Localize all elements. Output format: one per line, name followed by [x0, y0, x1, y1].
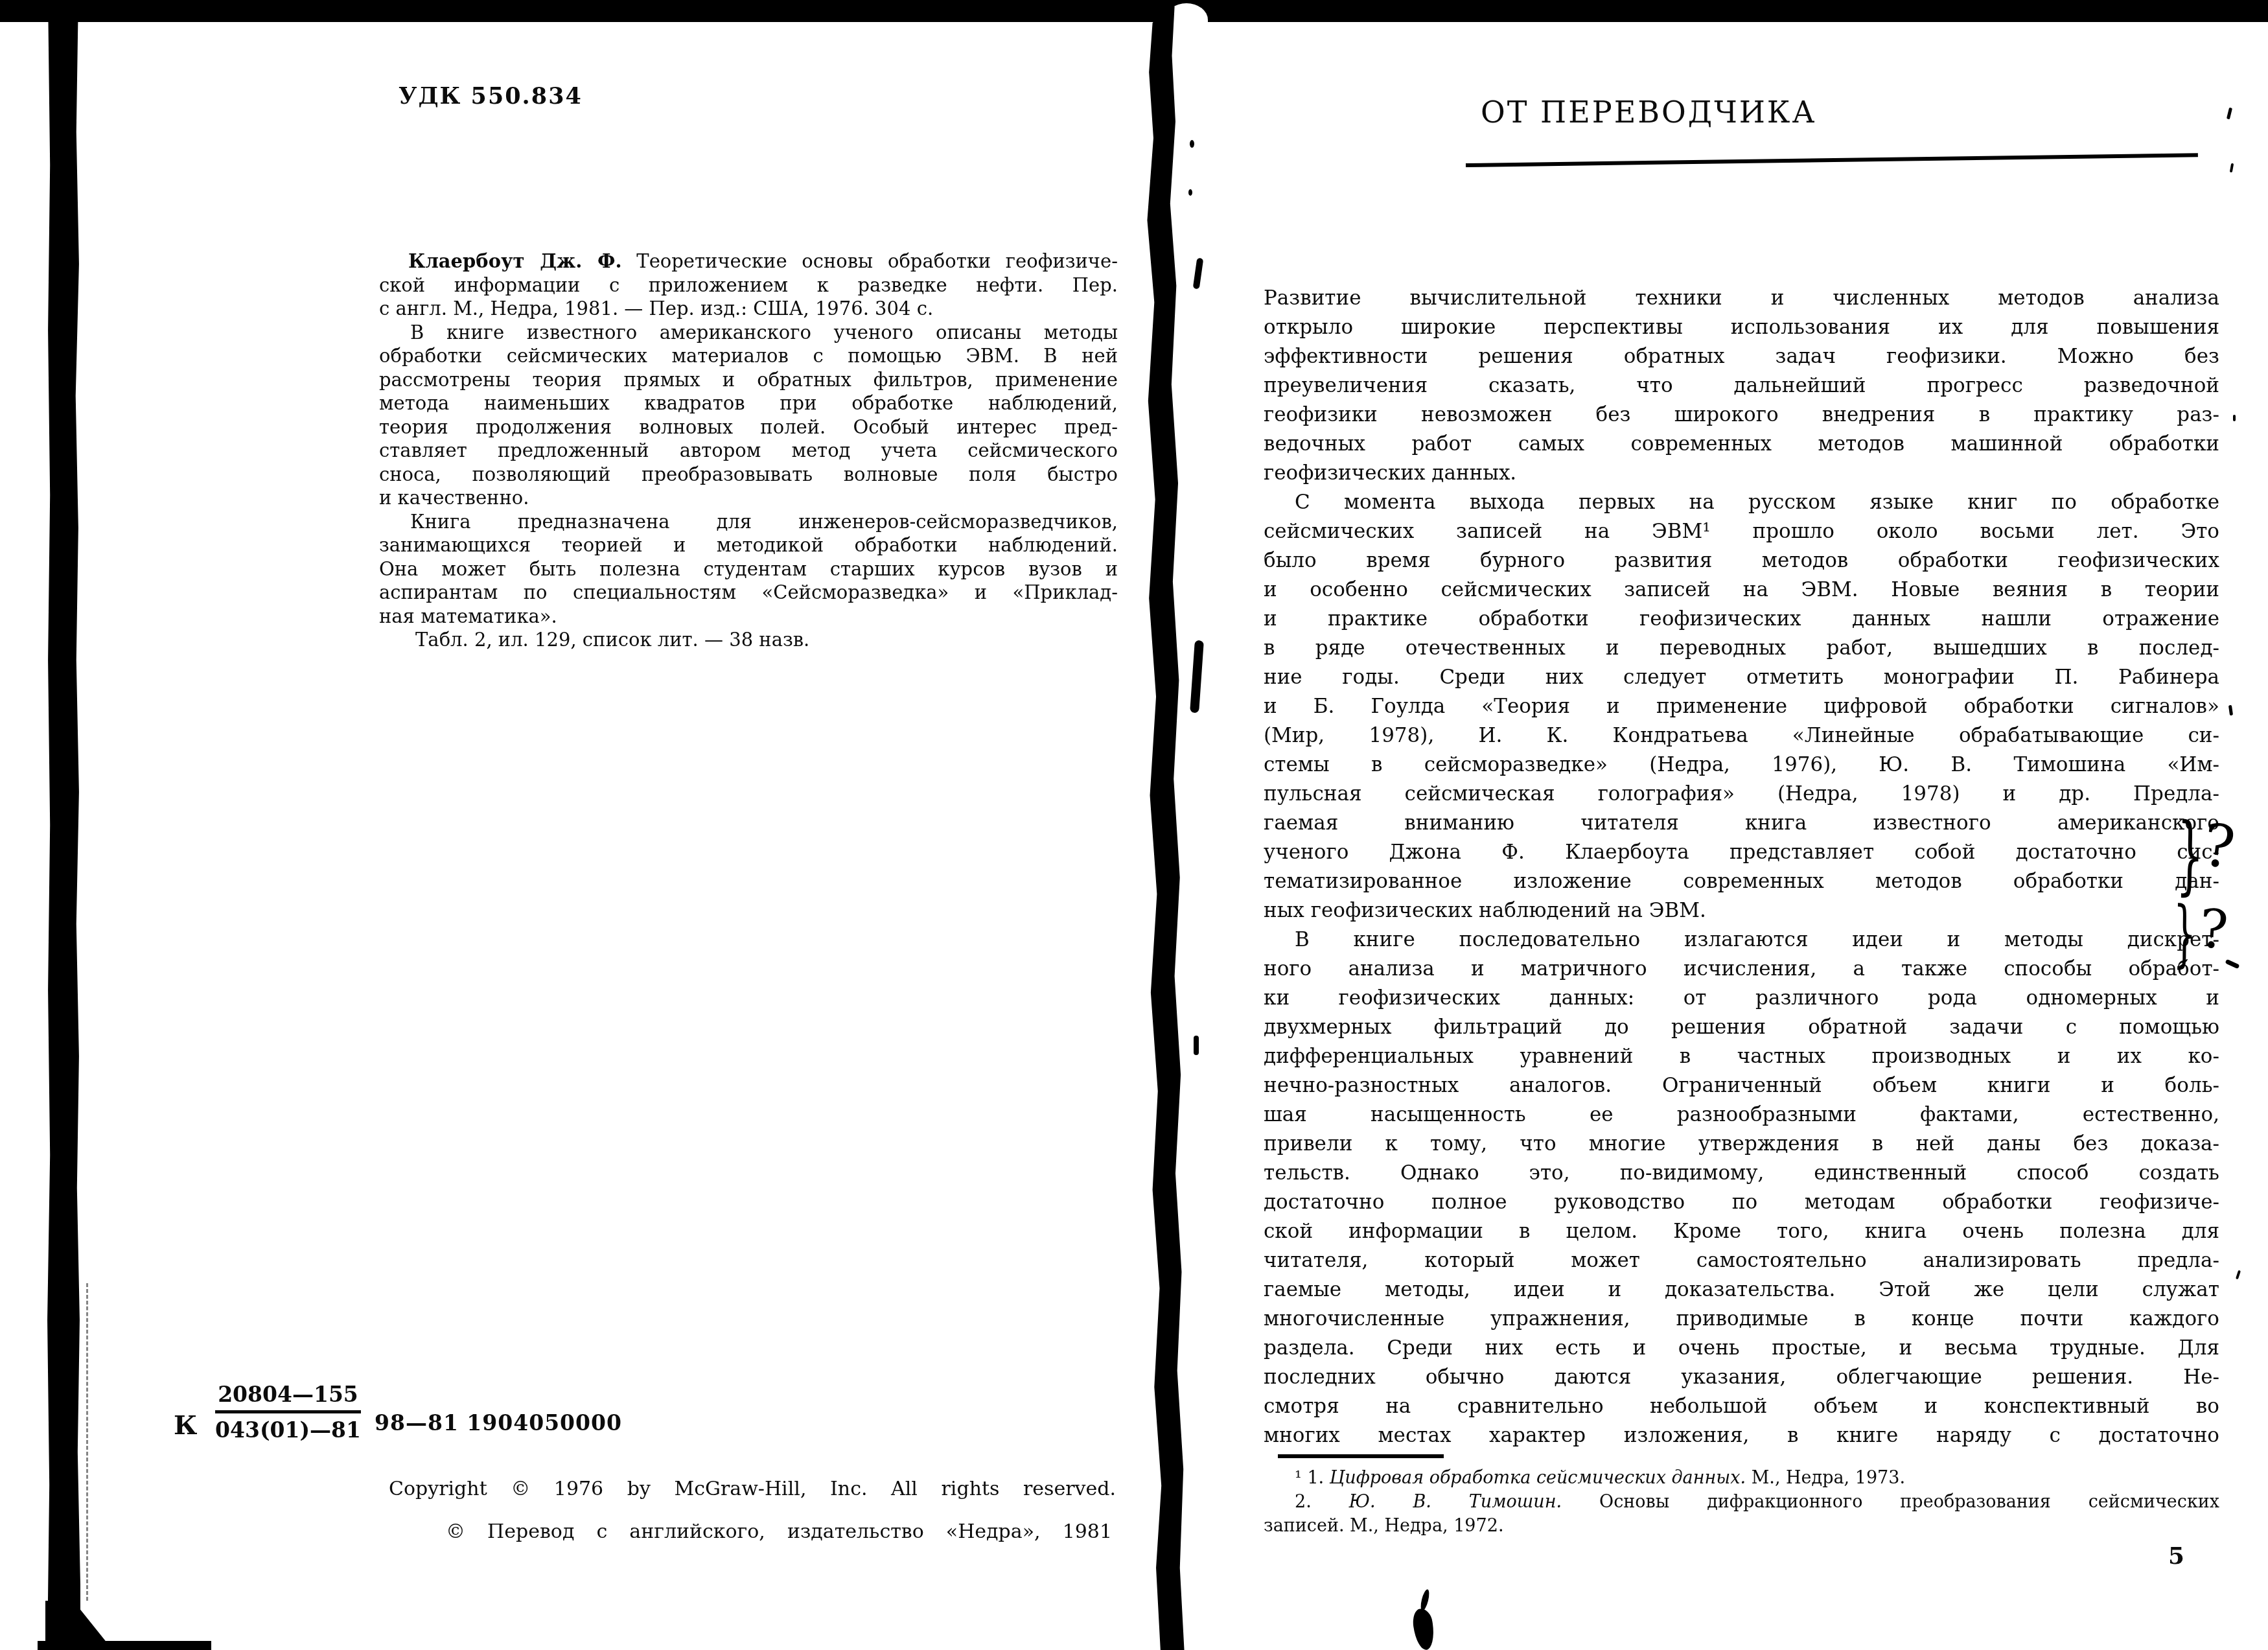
annotation-block: Клаербоут Дж. Ф. Теоретические основы об… [379, 250, 1118, 652]
text-line: двухмерных фильтраций до решения обратно… [1264, 1013, 2219, 1042]
tables-note: Табл. 2, ил. 129, список лит. — 38 назв. [379, 628, 1118, 652]
edge-tick [2228, 705, 2233, 716]
text-line: смотря на сравнительно небольшой объем и… [1264, 1392, 2219, 1421]
footnote-1: ¹ 1. Цифровая обработка сейсмических дан… [1264, 1466, 2219, 1490]
text-line: сноса, позволяющий преобразовывать волно… [379, 463, 1118, 487]
scan-bottom-edge-shadow [38, 1641, 211, 1650]
scan-fold-line [86, 1283, 88, 1601]
text-line: ная математика». [379, 605, 1118, 629]
text-line: было время бурного развития методов обра… [1264, 546, 2219, 575]
scan-left-edge-shadow [47, 0, 80, 1650]
text-line: с англ. М., Недра, 1981. — Пер. изд.: СШ… [379, 297, 1118, 321]
gutter-speck [1188, 189, 1192, 196]
text-line: 2. Ю. В. Тимошин. Основы дифракционного … [1264, 1490, 2219, 1514]
text-line: В книге известного американского ученого… [379, 321, 1118, 345]
text-line: Книга предназначена для инженеров-сейсмо… [379, 510, 1118, 534]
text-line: эффективности решения обратных задач гео… [1264, 342, 2219, 371]
udc-number: УДК 550.834 [399, 83, 583, 110]
text-line: аспирантам по специальностям «Сейсморазв… [379, 581, 1118, 605]
body-paragraph-2: С момента выхода первых на русском языке… [1264, 488, 2219, 925]
text-line: Клаербоут Дж. Ф. Теоретические основы об… [379, 250, 1118, 273]
text-line: обработки сейсмических материалов с помо… [379, 344, 1118, 368]
text-line: раздела. Среди них есть и очень простые,… [1264, 1334, 2219, 1363]
title-rule [1466, 153, 2198, 167]
text-line: ученого Джона Ф. Клаербоута представляет… [1264, 838, 2219, 867]
text-line: в ряде отечественных и переводных работ,… [1264, 634, 2219, 663]
text-line: В книге последовательно излагаются идеи … [1264, 925, 2219, 955]
gutter-speck [1190, 640, 1204, 714]
text-line: читателя, который может самостоятельно а… [1264, 1246, 2219, 1275]
catalog-denominator: 043(01)—81 [215, 1419, 361, 1442]
text-line: достаточно полное руководство по методам… [1264, 1188, 2219, 1217]
ink-blob-tail [1419, 1588, 1431, 1611]
edge-tick [2233, 415, 2236, 421]
edge-tick [2236, 1270, 2241, 1280]
edge-tick [2230, 163, 2234, 172]
text-line: ведочных работ самых современных методов… [1264, 430, 2219, 459]
text-line: тельств. Однако это, по-видимому, единст… [1264, 1159, 2219, 1188]
gutter-speck [1190, 140, 1194, 148]
catalog-suffix: 98—81 1904050000 [375, 1410, 622, 1435]
ink-blob [1411, 1607, 1437, 1650]
text-line: гаемые методы, идеи и доказательства. Эт… [1264, 1275, 2219, 1305]
book-gutter-shadow [1144, 6, 1188, 1650]
margin-question-mark: ? [2200, 816, 2238, 877]
text-line: сейсмических записей на ЭВМ¹ прошло окол… [1264, 517, 2219, 546]
abstract-paragraph-1: В книге известного американского ученого… [379, 321, 1118, 510]
footnote-2: 2. Ю. В. Тимошин. Основы дифракционного … [1264, 1490, 2219, 1538]
text-line: Развитие вычислительной техники и числен… [1264, 284, 2219, 313]
text-line: дифференциальных уравнений в частных про… [1264, 1042, 2219, 1071]
catalog-number: 20804—155 043(01)—81 [215, 1383, 361, 1443]
text-line: преувеличения сказать, что дальнейший пр… [1264, 371, 2219, 401]
text-line: последних обычно даются указания, облегч… [1264, 1363, 2219, 1392]
margin-pen-stroke [2225, 959, 2240, 970]
text-line: стемы в сейсморазведке» (Недра, 1976), Ю… [1264, 750, 2219, 780]
catalog-numerator: 20804—155 [215, 1383, 361, 1406]
text-line: пульсная сейсмическая голография» (Недра… [1264, 780, 2219, 809]
bibliography-entry: Клаербоут Дж. Ф. Теоретические основы об… [379, 250, 1118, 321]
gutter-speck [1193, 258, 1204, 290]
margin-brace-mark: } [2173, 897, 2197, 970]
footnote-rule [1278, 1454, 1444, 1458]
copyright-line-ru: © Перевод с английского, издательство «Н… [446, 1520, 1112, 1543]
margin-question-mark: ? [2197, 903, 2230, 958]
text-line: и Б. Гоулда «Теория и применение цифрово… [1264, 692, 2219, 721]
text-line: гаемая вниманию читателя книга известног… [1264, 809, 2219, 838]
text-line: тематизированное изложение современных м… [1264, 867, 2219, 896]
text-line: ставляет предложенный автором метод учет… [379, 439, 1118, 463]
text-line: записей. М., Недра, 1972. [1264, 1514, 2219, 1538]
page-number: 5 [2168, 1542, 2184, 1570]
text-line: шая насыщенность ее разнообразными факта… [1264, 1100, 2219, 1130]
text-line: ние годы. Среди них следует отметить мон… [1264, 663, 2219, 692]
text-line: геофизических данных. [1264, 459, 2219, 488]
text-line: ных геофизических наблюдений на ЭВМ. [1264, 896, 2219, 925]
text-line: занимающихся теорией и методикой обработ… [379, 533, 1118, 557]
abstract-paragraph-2: Книга предназначена для инженеров-сейсмо… [379, 510, 1118, 629]
text-line: Она может быть полезна студентам старших… [379, 557, 1118, 581]
text-line: привели к тому, что многие утверждения в… [1264, 1130, 2219, 1159]
text-line: многочисленные упражнения, приводимые в … [1264, 1305, 2219, 1334]
body-text: Развитие вычислительной техники и числен… [1264, 284, 2219, 1450]
fraction-bar [215, 1410, 361, 1413]
text-line: С момента выхода первых на русском языке… [1264, 488, 2219, 517]
margin-brace-mark: } [2176, 811, 2204, 899]
text-line: и качественно. [379, 486, 1118, 510]
scan-top-edge-shadow [0, 0, 2268, 22]
body-paragraph-3: В книге последовательно излагаются идеи … [1264, 925, 2219, 1450]
text-line: геофизики невозможен без широкого внедре… [1264, 401, 2219, 430]
text-line: ного анализа и матричного исчисления, а … [1264, 955, 2219, 984]
text-line: ской информации в целом. Кроме того, кни… [1264, 1217, 2219, 1246]
text-line: теория продолжения волновых полей. Особы… [379, 415, 1118, 439]
text-line: ¹ 1. Цифровая обработка сейсмических дан… [1264, 1466, 2219, 1490]
edge-tick [2227, 108, 2232, 120]
text-line: и особенно сейсмических записей на ЭВМ. … [1264, 575, 2219, 605]
body-paragraph-1: Развитие вычислительной техники и числен… [1264, 284, 2219, 488]
text-line: открыло широкие перспективы использовани… [1264, 313, 2219, 342]
text-line: рассмотрены теория прямых и обратных фил… [379, 368, 1118, 392]
gutter-speck [1194, 1036, 1199, 1055]
text-line: нечно-разностных аналогов. Ограниченный … [1264, 1071, 2219, 1100]
text-line: Табл. 2, ил. 129, список лит. — 38 назв. [379, 628, 1118, 652]
catalog-letter: К [174, 1410, 197, 1441]
text-line: многих местах характер изложения, в книг… [1264, 1421, 2219, 1450]
text-line: и практике обработки геофизических данны… [1264, 605, 2219, 634]
text-line: (Мир, 1978), И. К. Кондратьева «Линейные… [1264, 721, 2219, 750]
text-line: ской информации с приложением к разведке… [379, 273, 1118, 297]
book-scan-spread: УДК 550.834 Клаербоут Дж. Ф. Теоретическ… [0, 0, 2268, 1650]
text-line: метода наименьших квадратов при обработк… [379, 391, 1118, 415]
copyright-line-en: Copyright © 1976 by McGraw-Hill, Inc. Al… [389, 1478, 1116, 1500]
text-line: ки геофизических данных: от различного р… [1264, 984, 2219, 1013]
chapter-title: ОТ ПЕРЕВОДЧИКА [1481, 95, 1816, 130]
footnotes-block: ¹ 1. Цифровая обработка сейсмических дан… [1264, 1466, 2219, 1538]
